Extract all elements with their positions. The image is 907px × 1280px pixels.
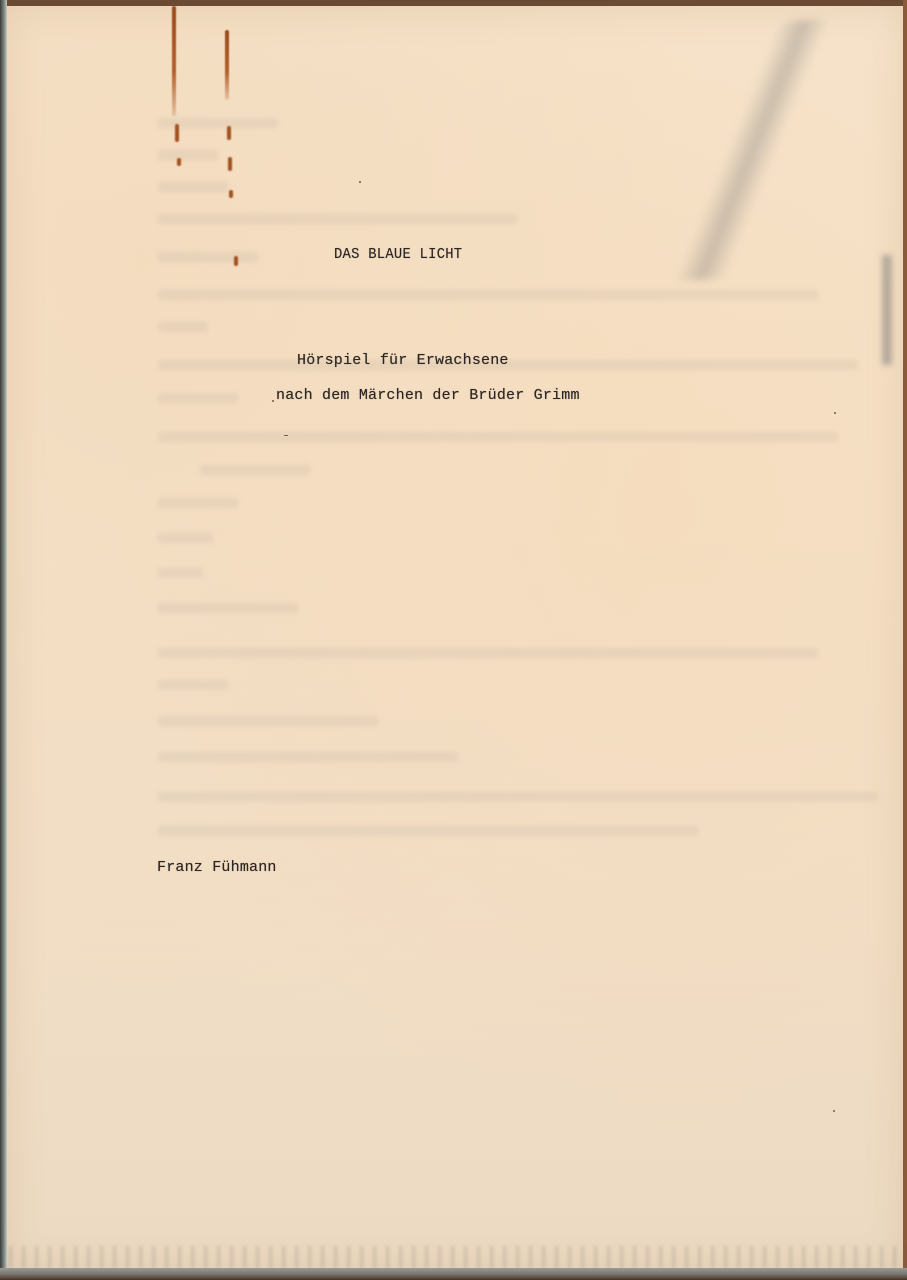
table-edge-bottom bbox=[0, 1268, 907, 1280]
ink-speck bbox=[833, 1110, 835, 1112]
shadow-right-edge bbox=[882, 255, 892, 365]
table-edge-right bbox=[903, 0, 907, 1280]
document-title: DAS BLAUE LICHT bbox=[334, 246, 462, 263]
ink-speck bbox=[834, 412, 836, 414]
bottom-smudge bbox=[0, 1246, 907, 1268]
table-edge-top bbox=[0, 0, 907, 6]
document-subtitle-genre: Hörspiel für Erwachsene bbox=[297, 352, 509, 369]
ink-speck bbox=[359, 181, 361, 183]
ink-speck bbox=[284, 435, 288, 436]
paper-sheet bbox=[6, 6, 904, 1268]
document-photo: DAS BLAUE LICHT Hörspiel für Erwachsene … bbox=[0, 0, 907, 1280]
document-subtitle-source: nach dem Märchen der Brüder Grimm bbox=[276, 387, 580, 404]
ink-speck bbox=[272, 400, 274, 402]
table-edge-left bbox=[0, 0, 7, 1280]
document-author: Franz Fühmann bbox=[157, 859, 277, 876]
